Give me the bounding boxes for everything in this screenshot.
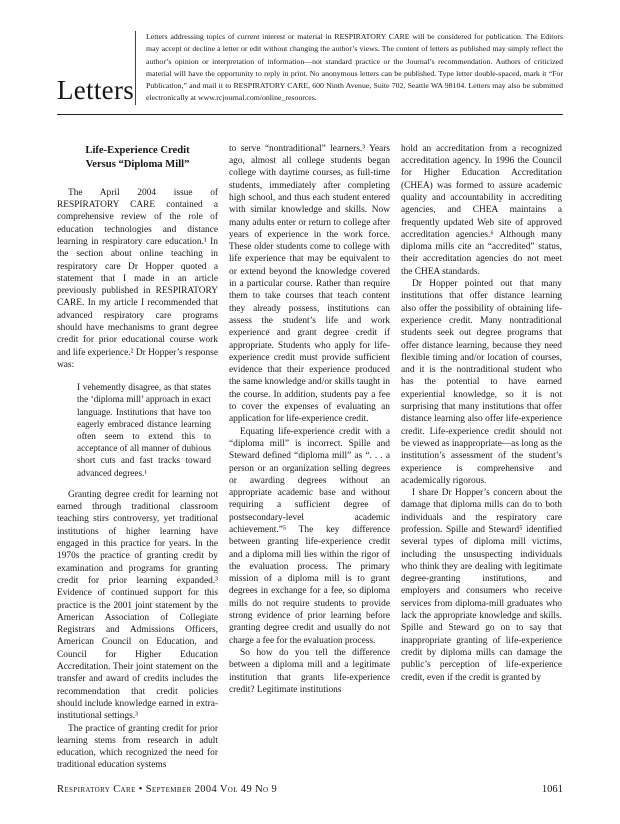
paragraph-diploma-mill-victims: I share Dr Hopper’s concern about the da…: [401, 487, 562, 684]
header-divider: [57, 114, 563, 115]
section-masthead: Letters: [57, 31, 135, 105]
journal-page: Letters Letters addressing topics of cur…: [0, 0, 620, 824]
column-1: Life-Experience Credit Versus “Diploma M…: [57, 143, 218, 772]
page-footer: Respiratory Care • September 2004 Vol 49…: [57, 784, 563, 795]
paragraph-nontraditional-learners: to serve “nontraditional” learners.³ Yea…: [229, 143, 390, 426]
paragraph-accreditation: hold an accreditation from a recognized …: [401, 143, 562, 278]
paragraph-intro: The April 2004 issue of RESPIRATORY CARE…: [57, 187, 218, 371]
column-3: hold an accreditation from a recognized …: [401, 143, 562, 772]
page-number: 1061: [542, 784, 563, 795]
blockquote-hopper-response: I vehemently disagree, as that states th…: [77, 381, 211, 479]
column-2: to serve “nontraditional” learners.³ Yea…: [229, 143, 390, 772]
letter-title-line-1: Life-Experience Credit: [85, 145, 189, 156]
page-header: Letters Letters addressing topics of cur…: [57, 31, 563, 105]
paragraph-granting-credit: Granting degree credit for learning not …: [57, 489, 218, 723]
paragraph-prior-learning: The practice of granting credit for prio…: [57, 723, 218, 772]
journal-citation: Respiratory Care • September 2004 Vol 49…: [57, 784, 277, 795]
submission-policy-notice: Letters addressing topics of current int…: [135, 31, 563, 105]
page-content: Letters Letters addressing topics of cur…: [57, 31, 563, 772]
letter-title: Life-Experience Credit Versus “Diploma M…: [57, 144, 218, 173]
letter-body: Life-Experience Credit Versus “Diploma M…: [57, 143, 563, 772]
paragraph-equating-credit: Equating life-experience credit with a “…: [229, 426, 390, 647]
section-title: Letters: [57, 77, 134, 104]
paragraph-distance-learning: Dr Hopper pointed out that many institut…: [401, 278, 562, 487]
paragraph-tell-difference: So how do you tell the difference betwee…: [229, 647, 390, 696]
letter-title-line-2: Versus “Diploma Mill”: [86, 159, 190, 170]
